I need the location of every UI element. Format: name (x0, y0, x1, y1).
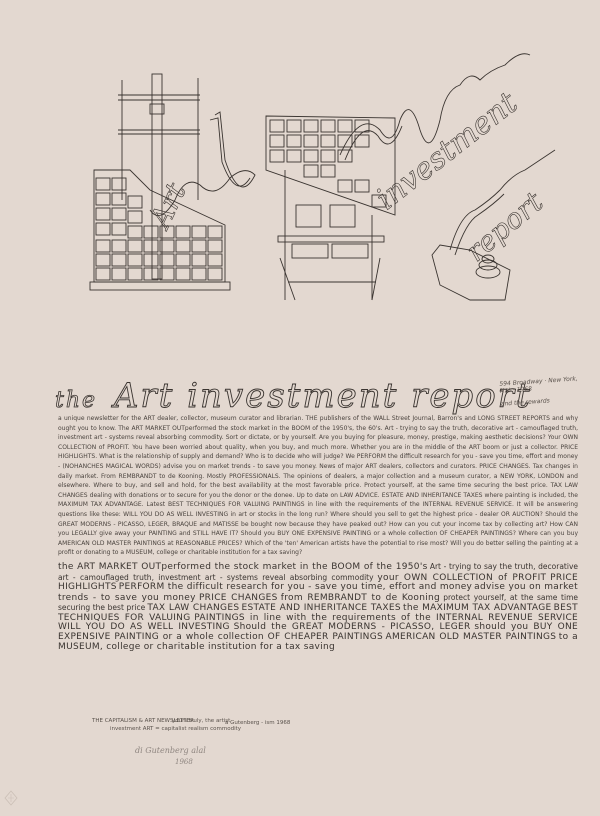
illustration-furniture-and-lettering: Art investment report (0, 0, 600, 360)
blind-stamp-icon (4, 790, 18, 806)
main-title: the Art investment report (55, 376, 532, 416)
title-main: Art investment report (114, 376, 532, 416)
drawing-word-investment: investment (370, 85, 525, 217)
left-easel-drawing (90, 74, 255, 290)
footer-signoff: yours truly, the artist (172, 718, 230, 724)
title-prefix: the (55, 388, 97, 413)
middle-drawer-grid (270, 120, 386, 207)
address-note: 594 Broadway · New York, N.Y. · 1968 and… (499, 375, 581, 408)
signature-year: 1968 (175, 758, 193, 766)
footer-tagline: investment ART = capitalist realism comm… (110, 726, 241, 732)
drawing-word-art: Art (142, 177, 192, 235)
handwritten-body-text: a unique newsletter for the ART dealer, … (58, 414, 578, 714)
art-print-sheet: Art investment report the Art investment… (0, 0, 600, 816)
drawing-word-report: report (460, 185, 550, 268)
artist-signature: di Gutenberg alal (135, 746, 206, 755)
